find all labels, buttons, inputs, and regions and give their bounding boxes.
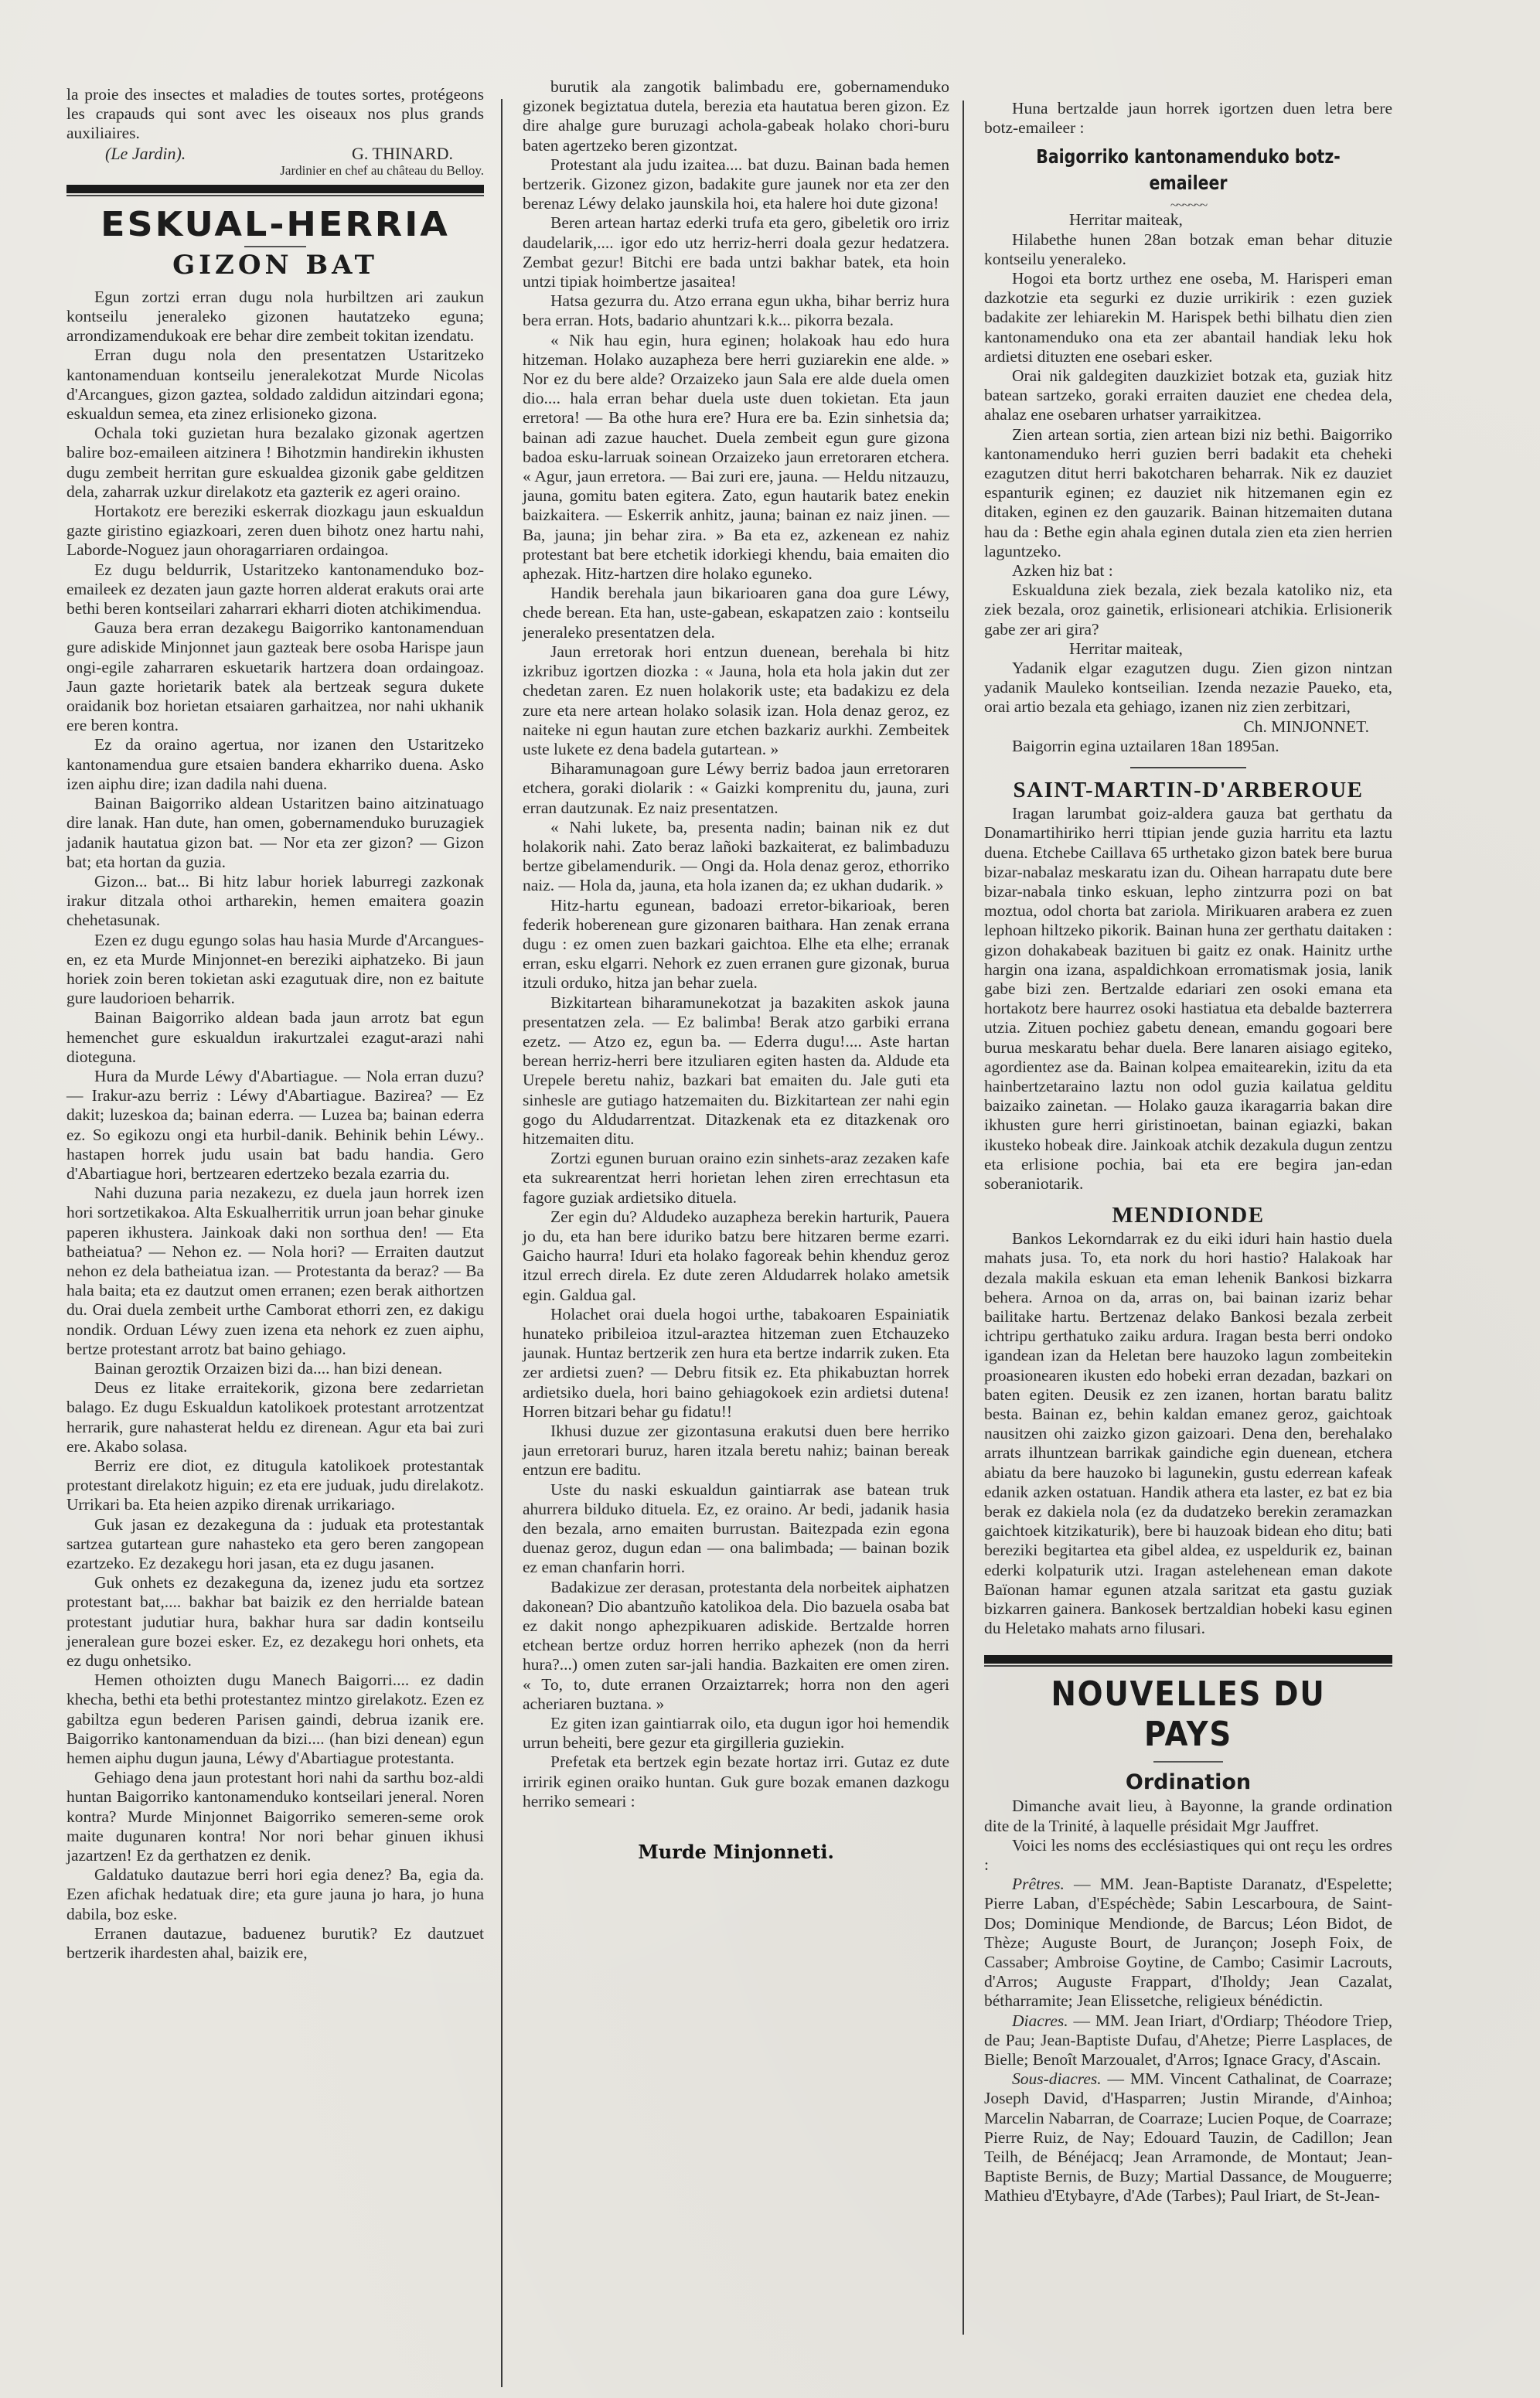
order-names: — MM. Vincent Cathalinat, de Coarraze; J… bbox=[984, 2069, 1392, 2205]
paragraph: Galdatuko dautazue berri hori egia denez… bbox=[66, 1865, 484, 1924]
paragraph: Gehiago dena jaun protestant hori nahi d… bbox=[66, 1768, 484, 1865]
paragraph: burutik ala zangotik balimbadu ere, gobe… bbox=[523, 77, 949, 155]
section-rule-thick bbox=[66, 185, 484, 193]
letter-paragraph: Azken hiz bat : bbox=[984, 561, 1392, 581]
paragraph: Beren artean hartaz ederki trufa eta ger… bbox=[523, 213, 949, 291]
ordination-entry: Diacres. — MM. Jean Iriart, d'Ordiarp; T… bbox=[984, 2011, 1392, 2070]
paragraph: Bizkitartean biharamunekotzat ja bazakit… bbox=[523, 993, 949, 1150]
paragraph: Nahi duzuna paria nezakezu, ez duela jau… bbox=[66, 1184, 484, 1359]
paragraph: Ez giten izan gaintiarrak oilo, eta dugu… bbox=[523, 1714, 949, 1753]
letter-signature: Ch. MINJONNET. bbox=[984, 717, 1392, 737]
paragraph: Hortakotz ere bereziki eskerrak diozkagu… bbox=[66, 502, 484, 560]
intro-text: la proie des insectes et maladies de tou… bbox=[66, 85, 484, 144]
paragraph: Uste du naski eskualdun gaintiarrak ase … bbox=[523, 1480, 949, 1578]
section-rule-thick bbox=[984, 1655, 1392, 1664]
paragraph: Bainan geroztik Orzaizen bizi da.... han… bbox=[66, 1359, 484, 1378]
paragraph: « Nik hau egin, hura eginen; holakoak ha… bbox=[523, 331, 949, 584]
subsection-title-ordination: Ordination bbox=[984, 1769, 1392, 1797]
ordination-entry: Prêtres. — MM. Jean-Baptiste Daranatz, d… bbox=[984, 1875, 1392, 2011]
order-label: Sous-diacres. bbox=[1012, 2069, 1108, 2088]
article-closing: Murde Minjonneti. bbox=[523, 1842, 949, 1862]
paragraph: Bainan Baigorriko aldean Ustaritzen bain… bbox=[66, 794, 484, 872]
source: (Le Jardin). bbox=[105, 144, 186, 163]
paragraph: Gizon... bat... Bi hitz labur horiek lab… bbox=[66, 872, 484, 931]
section-title-nouvelles: NOUVELLES DU PAYS bbox=[1009, 1674, 1368, 1755]
column-1: la proie des insectes et maladies de tou… bbox=[66, 85, 484, 1963]
ornament-squiggle: ~~~~~~ bbox=[984, 199, 1392, 210]
column-divider bbox=[501, 99, 503, 2387]
paragraph: Hitz-hartu egunean, badoazi erretor-bika… bbox=[523, 896, 949, 993]
paragraph: Ikhusi duzue zer gizontasuna erakutsi du… bbox=[523, 1422, 949, 1480]
paragraph: Holachet orai duela hogoi urthe, tabakoa… bbox=[523, 1305, 949, 1422]
section-divider bbox=[1130, 767, 1246, 768]
paragraph: Ez dugu beldurrik, Ustaritzeko kantoname… bbox=[66, 560, 484, 619]
article-body-continued: burutik ala zangotik balimbadu ere, gobe… bbox=[523, 77, 949, 1811]
title-rule bbox=[244, 246, 306, 247]
paragraph: Ochala toki guzietan hura bezalako gizon… bbox=[66, 424, 484, 502]
paragraph: « Nahi lukete, ba, presenta nadin; baina… bbox=[523, 818, 949, 896]
saint-martin-text: Iragan larumbat goiz-aldera gauza bat ge… bbox=[984, 804, 1392, 1194]
paragraph: Ez da oraino agertua, nor izanen den Ust… bbox=[66, 735, 484, 794]
paragraph: Zortzi egunen buruan oraino ezin sinhets… bbox=[523, 1149, 949, 1208]
letter-title: Baigorriko kantonamenduko botz-emaileer bbox=[1021, 144, 1356, 196]
author: G. THINARD. bbox=[352, 144, 453, 163]
order-label: Prêtres. bbox=[1012, 1875, 1074, 1893]
letter-paragraph: Eskualduna ziek bezala, ziek bezala kato… bbox=[984, 581, 1392, 639]
letter-body: Hilabethe hunen 28an botzak eman behar d… bbox=[984, 230, 1392, 639]
paragraph: Hemen othoizten dugu Manech Baigorri....… bbox=[66, 1671, 484, 1768]
paragraph: Jaun erretorak hori entzun duenean, bere… bbox=[523, 642, 949, 759]
paragraph: Protestant ala judu izaitea.... bat duzu… bbox=[523, 155, 949, 214]
paragraph: Deus ez litake erraitekorik, gizona bere… bbox=[66, 1378, 484, 1456]
paragraph: Erranen dautazue, baduenez burutik? Ez d… bbox=[66, 1924, 484, 1963]
letter-paragraph: Hilabethe hunen 28an botzak eman behar d… bbox=[984, 230, 1392, 269]
order-label: Diacres. bbox=[1012, 2011, 1073, 2030]
paragraph: Hura da Murde Léwy d'Abartiague. — Nola … bbox=[66, 1067, 484, 1184]
paragraph: Egun zortzi erran dugu nola hurbiltzen a… bbox=[66, 288, 484, 346]
column-2: burutik ala zangotik balimbadu ere, gobe… bbox=[523, 77, 949, 1862]
section-rule-thin bbox=[984, 1665, 1392, 1667]
letter-paragraph: Orai nik galdegiten dauzkiziet botzak et… bbox=[984, 366, 1392, 425]
title-rule bbox=[1153, 1761, 1223, 1763]
ordination-intro: Dimanche avait lieu, à Bayonne, la grand… bbox=[984, 1797, 1392, 1835]
paragraph: Biharamunagoan gure Léwy berriz badoa ja… bbox=[523, 759, 949, 818]
letter-date: Baigorrin egina uztailaren 18an 1895an. bbox=[984, 737, 1392, 756]
ordination-list: Prêtres. — MM. Jean-Baptiste Daranatz, d… bbox=[984, 1875, 1392, 2206]
paragraph: Handik berehala jaun bikarioaren gana do… bbox=[523, 584, 949, 642]
byline: (Le Jardin). G. THINARD. bbox=[66, 144, 484, 163]
letter-greeting: Herritar maiteak, bbox=[984, 210, 1392, 230]
article-title: GIZON BAT bbox=[66, 250, 484, 280]
section-title-mendionde: MENDIONDE bbox=[984, 1201, 1392, 1229]
paragraph: Guk jasan ez dezakeguna da : juduak eta … bbox=[66, 1515, 484, 1574]
paragraph: Ezen ez dugu egungo solas hau hasia Murd… bbox=[66, 931, 484, 1009]
paragraph: Bainan Baigorriko aldean bada jaun arrot… bbox=[66, 1008, 484, 1067]
paragraph: Erran dugu nola den presentatzen Ustarit… bbox=[66, 346, 484, 424]
paragraph: Zer egin du? Aldudeko auzapheza berekin … bbox=[523, 1208, 949, 1305]
mendionde-text: Bankos Lekorndarrak ez du eiki iduri hai… bbox=[984, 1229, 1392, 1638]
paragraph: Badakizue zer derasan, protestanta dela … bbox=[523, 1578, 949, 1714]
section-rule-thin bbox=[66, 195, 484, 196]
paragraph: Hatsa gezurra du. Atzo errana egun ukha,… bbox=[523, 291, 949, 330]
ordination-intro-2: Voici les noms des ecclésiastiques qui o… bbox=[984, 1836, 1392, 1875]
author-title: Jardinier en chef au château du Belloy. bbox=[66, 163, 484, 179]
paragraph: Gauza bera erran dezakegu Baigorriko kan… bbox=[66, 618, 484, 735]
letter-paragraph: Zien artean sortia, zien artean bizi niz… bbox=[984, 425, 1392, 561]
column-3: Huna bertzalde jaun horrek igortzen duen… bbox=[984, 99, 1392, 2206]
letter-closing: Yadanik elgar ezagutzen dugu. Zien gizon… bbox=[984, 659, 1392, 717]
paragraph: Berriz ere diot, ez ditugula katolikoek … bbox=[66, 1456, 484, 1515]
order-names: — MM. Jean-Baptiste Daranatz, d'Espelett… bbox=[984, 1875, 1392, 2010]
article-body: Egun zortzi erran dugu nola hurbiltzen a… bbox=[66, 288, 484, 1963]
letter-intro: Huna bertzalde jaun horrek igortzen duen… bbox=[984, 99, 1392, 138]
paragraph: Guk onhets ez dezakeguna da, izenez judu… bbox=[66, 1573, 484, 1671]
letter-greeting-2: Herritar maiteak, bbox=[984, 639, 1392, 659]
newspaper-page: la proie des insectes et maladies de tou… bbox=[0, 0, 1540, 2398]
section-title: ESKUAL-HERRIA bbox=[66, 205, 484, 243]
column-divider bbox=[962, 100, 964, 2335]
letter-paragraph: Hogoi eta bortz urthez ene oseba, M. Har… bbox=[984, 269, 1392, 366]
paragraph: Prefetak eta bertzek egin bezate hortaz … bbox=[523, 1753, 949, 1811]
section-title-saint-martin: SAINT-MARTIN-D'ARBEROUE bbox=[984, 776, 1392, 804]
ordination-entry: Sous-diacres. — MM. Vincent Cathalinat, … bbox=[984, 2069, 1392, 2206]
